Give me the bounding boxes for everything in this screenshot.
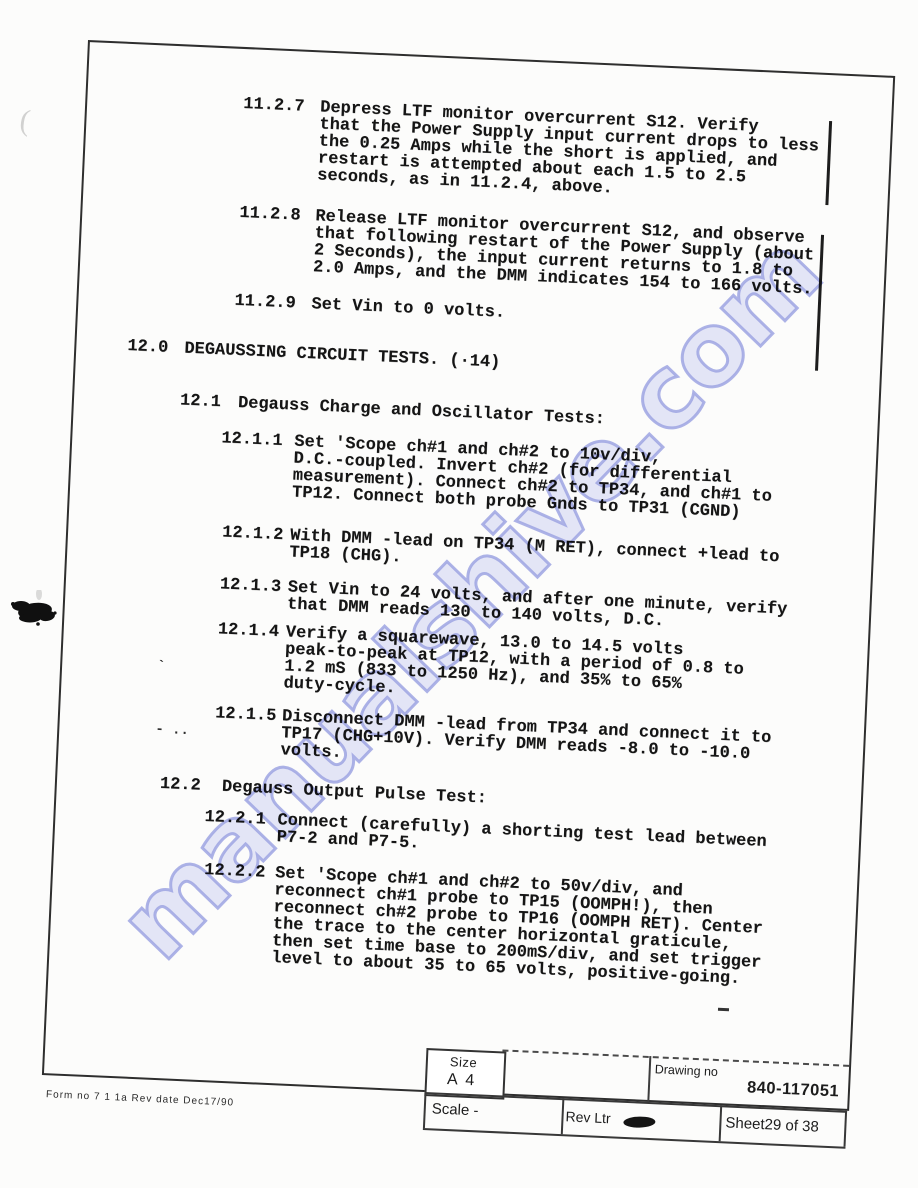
ink-blot-artifact: [8, 590, 62, 638]
rev-ltr-mark: [623, 1116, 655, 1128]
size-label: Size: [450, 1054, 478, 1070]
step-number: 12.1.4: [218, 621, 280, 641]
step-number: 11.2.8: [239, 205, 301, 225]
step-number: 12.1.5: [215, 705, 277, 725]
section-number: 12.1: [180, 392, 222, 411]
scan-artifact-paren: (: [18, 103, 33, 138]
section-number: 12.2: [160, 776, 202, 795]
scan-artifact-dashes: - ..: [155, 722, 189, 739]
scan-artifact-speck: [718, 1008, 729, 1011]
drawing-no-value: 840-117051: [747, 1078, 840, 1101]
step-number: 12.1.3: [220, 576, 282, 596]
title-block-divider: [844, 1111, 848, 1147]
step-number: 12.2.1: [204, 809, 266, 829]
page-scan: 11.2.7 Depress LTF monitor overcurrent S…: [42, 40, 895, 1111]
scale-label: Scale -: [431, 1100, 478, 1119]
size-value: A 4: [447, 1071, 477, 1090]
step-text: Set 'Scope ch#1 and ch#2 to 50v/div, and…: [271, 865, 765, 989]
step-number: 12.2.2: [204, 862, 266, 882]
rev-ltr-label: Rev Ltr: [565, 1108, 611, 1126]
title-block-divider: [423, 1092, 427, 1128]
step-number: 12.1.1: [221, 430, 283, 450]
sheet-number: Sheet29 of 38: [725, 1114, 819, 1135]
step-number: 11.2.7: [243, 96, 305, 116]
drawing-title-block: Size A 4 Drawing no 840-117051 Scale - R…: [423, 1040, 850, 1151]
step-number: 11.2.9: [234, 293, 296, 313]
scan-artifact-tick: `: [157, 659, 166, 675]
title-block-divider: [647, 1056, 651, 1102]
scanned-document-page: { "watermark": { "text": "manualshive.co…: [0, 0, 918, 1188]
title-block-divider: [719, 1105, 723, 1141]
title-block-divider: [561, 1098, 565, 1134]
step-number: 12.1.2: [222, 524, 284, 544]
drawing-no-label: Drawing no: [654, 1062, 718, 1079]
form-number-note: Form no 7 1 1a Rev date Dec17/90: [46, 1089, 235, 1108]
section-number: 12.0: [127, 338, 169, 357]
